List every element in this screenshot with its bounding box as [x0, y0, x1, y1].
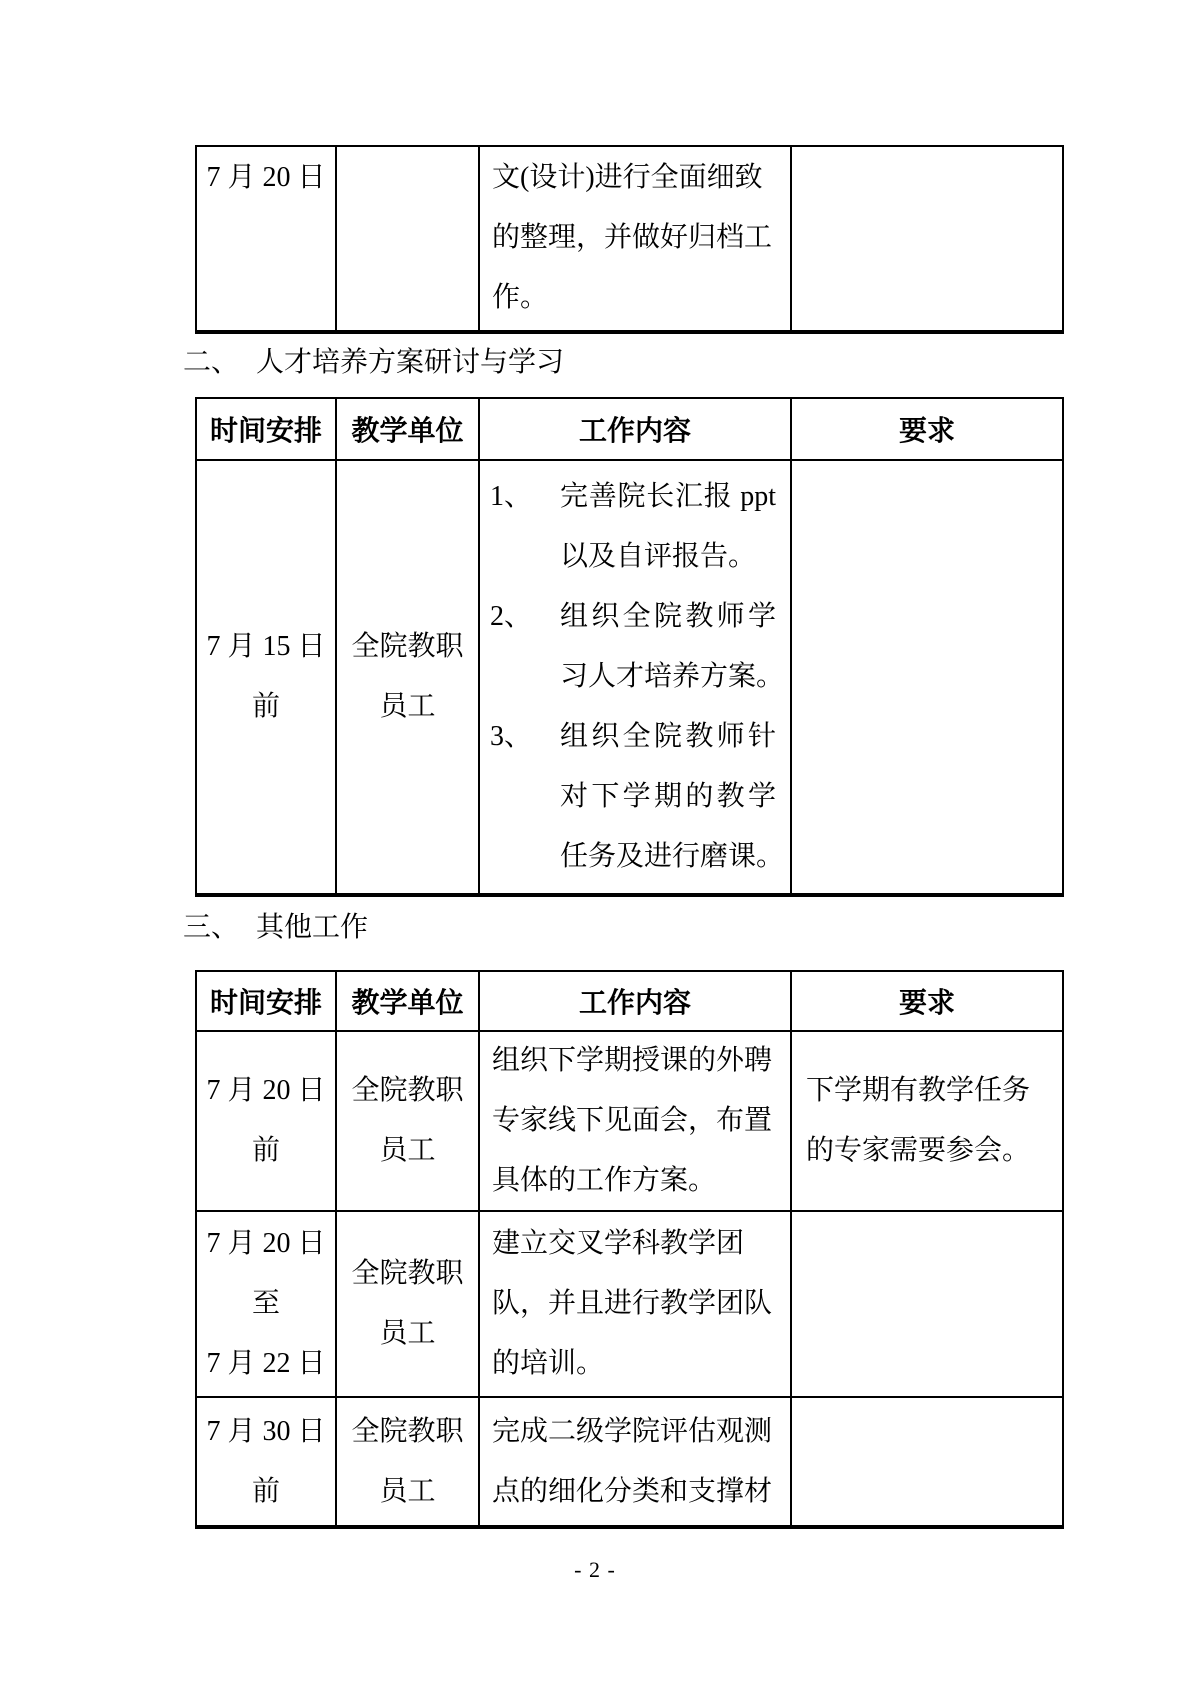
text-line: 前: [197, 1462, 335, 1522]
text-line: 全院教职: [337, 1061, 478, 1121]
text-line: 任务及进行磨课。: [560, 827, 776, 887]
text-line: 完善院长汇报 ppt: [560, 467, 776, 527]
text-line: 全院教职: [337, 1244, 478, 1304]
header-requirement: 要求: [792, 972, 1062, 1032]
cell-work-content: 1、 完善院长汇报 ppt 以及自评报告。 2、 组织全院教师学 习人才培养方案…: [480, 461, 792, 893]
text-line: 全院教职: [337, 617, 478, 677]
section-title: 人才培养方案研讨与学习: [256, 347, 564, 378]
page-number: - 2 -: [0, 1550, 1190, 1590]
cell-requirement: 下学期有教学任务 的专家需要参会。: [792, 1032, 1062, 1212]
text-line: 前: [197, 677, 335, 737]
text-line: 至: [197, 1274, 335, 1334]
text-line: 7 月 15 日: [197, 617, 335, 677]
cell-work-content: 组织下学期授课的外聘 专家线下见面会，布置 具体的工作方案。: [480, 1032, 792, 1212]
text-line: 员工: [337, 677, 478, 737]
section-3-heading: 三、其他工作: [183, 898, 368, 958]
list-item: 3、 组织全院教师针 对下学期的教学 任务及进行磨课。: [480, 707, 776, 887]
section-number: 三、: [183, 898, 256, 958]
cell-requirement: [792, 1398, 1062, 1525]
cell-work-content: 完成二级学院评估观测 点的细化分类和支撑材: [480, 1398, 792, 1525]
text-line: 点的细化分类和支撑材: [492, 1462, 776, 1522]
text-line: 的专家需要参会。: [806, 1121, 1052, 1181]
section-title: 其他工作: [256, 912, 368, 943]
item-number: 3、: [490, 707, 532, 767]
text-line: 前: [197, 1121, 335, 1181]
header-work-content: 工作内容: [480, 399, 792, 461]
header-work-content: 工作内容: [480, 972, 792, 1032]
section-2-heading: 二、人才培养方案研讨与学习: [183, 333, 564, 393]
cell-requirement: [792, 1212, 1062, 1398]
text-line: 对下学期的教学: [560, 767, 776, 827]
cell-unit: 全院教职 员工: [337, 1212, 480, 1398]
time-text: 7 月 20 日: [197, 148, 335, 208]
text-line: 7 月 20 日: [197, 1061, 335, 1121]
section-3-table: 时间安排 教学单位 工作内容 要求 7 月 20 日 前 全院教职 员工 组织下…: [195, 970, 1064, 1529]
cell-unit: 全院教职 员工: [337, 1398, 480, 1525]
text-line: 组织下学期授课的外聘: [492, 1032, 776, 1091]
cell-time: 7 月 20 日 至 7 月 22 日: [197, 1212, 337, 1398]
header-unit: 教学单位: [337, 399, 480, 461]
header-time: 时间安排: [197, 399, 337, 461]
header-time: 时间安排: [197, 972, 337, 1032]
text-line: 队，并且进行教学团队: [492, 1274, 776, 1334]
cell-requirement: [792, 147, 1062, 330]
section-number: 二、: [183, 333, 256, 393]
text-line: 员工: [337, 1462, 478, 1522]
item-number: 1、: [490, 467, 532, 527]
text-line: 7 月 22 日: [197, 1334, 335, 1394]
document-page: 7 月 20 日 文(设计)进行全面细致 的整理，并做好归档工 作。 二、人才培…: [0, 0, 1190, 1684]
text-line: 7 月 20 日: [197, 1214, 335, 1274]
text-line: 全院教职: [337, 1402, 478, 1462]
cell-requirement: [792, 461, 1062, 893]
cell-time: 7 月 20 日 前: [197, 1032, 337, 1212]
list-item: 1、 完善院长汇报 ppt 以及自评报告。: [480, 467, 776, 587]
text-line: 完成二级学院评估观测: [492, 1402, 776, 1462]
item-number: 2、: [490, 587, 532, 647]
text-line: 的培训。: [492, 1334, 776, 1394]
cell-unit: 全院教职 员工: [337, 461, 480, 893]
text-line: 具体的工作方案。: [492, 1151, 776, 1211]
text-line: 习人才培养方案。: [560, 647, 776, 707]
section-2-table: 时间安排 教学单位 工作内容 要求 7 月 15 日 前 全院教职 员工 1、 …: [195, 397, 1064, 897]
header-requirement: 要求: [792, 399, 1062, 461]
cell-time: 7 月 20 日: [197, 147, 337, 330]
text-line: 文(设计)进行全面细致: [492, 148, 776, 208]
text-line: 员工: [337, 1121, 478, 1181]
cell-work-content: 建立交叉学科教学团 队，并且进行教学团队 的培训。: [480, 1212, 792, 1398]
text-line: 以及自评报告。: [560, 527, 776, 587]
list-item: 2、 组织全院教师学 习人才培养方案。: [480, 587, 776, 707]
text-line: 组织全院教师学: [560, 587, 776, 647]
cell-time: 7 月 15 日 前: [197, 461, 337, 893]
text-line: 建立交叉学科教学团: [492, 1214, 776, 1274]
cell-work-content: 文(设计)进行全面细致 的整理，并做好归档工 作。: [480, 147, 792, 330]
text-line: 的整理，并做好归档工: [492, 208, 776, 268]
header-unit: 教学单位: [337, 972, 480, 1032]
text-line: 专家线下见面会，布置: [492, 1091, 776, 1151]
text-line: 作。: [492, 268, 776, 328]
text-line: 组织全院教师针: [560, 707, 776, 767]
carryover-table: 7 月 20 日 文(设计)进行全面细致 的整理，并做好归档工 作。: [195, 145, 1064, 334]
text-line: 员工: [337, 1304, 478, 1364]
cell-time: 7 月 30 日 前: [197, 1398, 337, 1525]
cell-unit: [337, 147, 480, 330]
cell-unit: 全院教职 员工: [337, 1032, 480, 1212]
text-line: 7 月 30 日: [197, 1402, 335, 1462]
text-line: 下学期有教学任务: [806, 1061, 1052, 1121]
